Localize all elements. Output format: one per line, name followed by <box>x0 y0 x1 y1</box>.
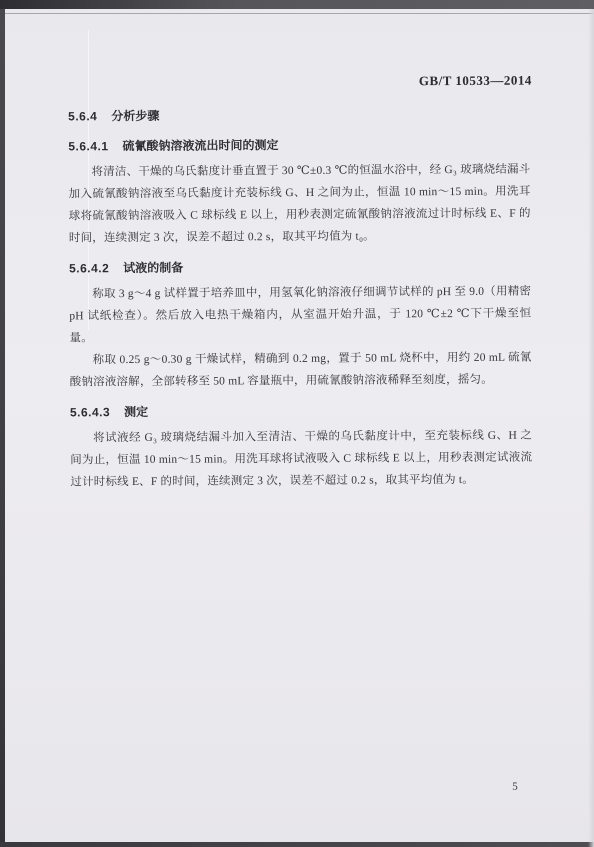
paragraph-sample-ph-drying: 称取 3 g～4 g 试样置于培养皿中，用氢氧化钠溶液仔细调节试样的 pH 至 … <box>69 281 531 350</box>
section-heading-determination: 5.6.4.3测定 <box>70 399 532 424</box>
scanned-page: GB/T 10533—2014 5.6.4分析步骤 5.6.4.1硫氰酸钠溶液流… <box>0 0 594 847</box>
section-title: 试液的制备 <box>123 261 183 275</box>
section-heading-test-solution-preparation: 5.6.4.2试液的制备 <box>69 255 531 280</box>
standard-number-header: GB/T 10533—2014 <box>419 73 532 90</box>
paragraph-determination-procedure: 将试液经 G₃ 玻璃烧结漏斗加入至清洁、干燥的乌氏黏度计中，至充装标线 G、H … <box>70 425 532 494</box>
paper-content: GB/T 10533—2014 5.6.4分析步骤 5.6.4.1硫氰酸钠溶液流… <box>0 0 594 847</box>
section-number: 5.6.4.1 <box>68 139 108 153</box>
section-title: 硫氰酸钠溶液流出时间的测定 <box>122 138 278 153</box>
section-title: 测定 <box>124 405 148 419</box>
section-number: 5.6.4.3 <box>70 405 110 419</box>
section-heading-analysis-steps: 5.6.4分析步骤 <box>68 103 530 128</box>
section-number: 5.6.4 <box>68 109 97 123</box>
paragraph-flow-time-procedure: 将清洁、干燥的乌氏黏度计垂直置于 30 ℃±0.3 ℃的恒温水浴中，经 G₃ 玻… <box>68 159 531 250</box>
section-title: 分析步骤 <box>111 109 159 123</box>
section-heading-flow-time-determination: 5.6.4.1硫氰酸钠溶液流出时间的测定 <box>68 133 530 158</box>
document-body: 5.6.4分析步骤 5.6.4.1硫氰酸钠溶液流出时间的测定 将清洁、干燥的乌氏… <box>68 103 532 494</box>
paragraph-weigh-dissolve-dilute: 称取 0.25 g～0.30 g 干燥试样，精确到 0.2 mg，置于 50 m… <box>70 347 532 394</box>
section-number: 5.6.4.2 <box>69 261 109 275</box>
page-number: 5 <box>512 781 518 793</box>
